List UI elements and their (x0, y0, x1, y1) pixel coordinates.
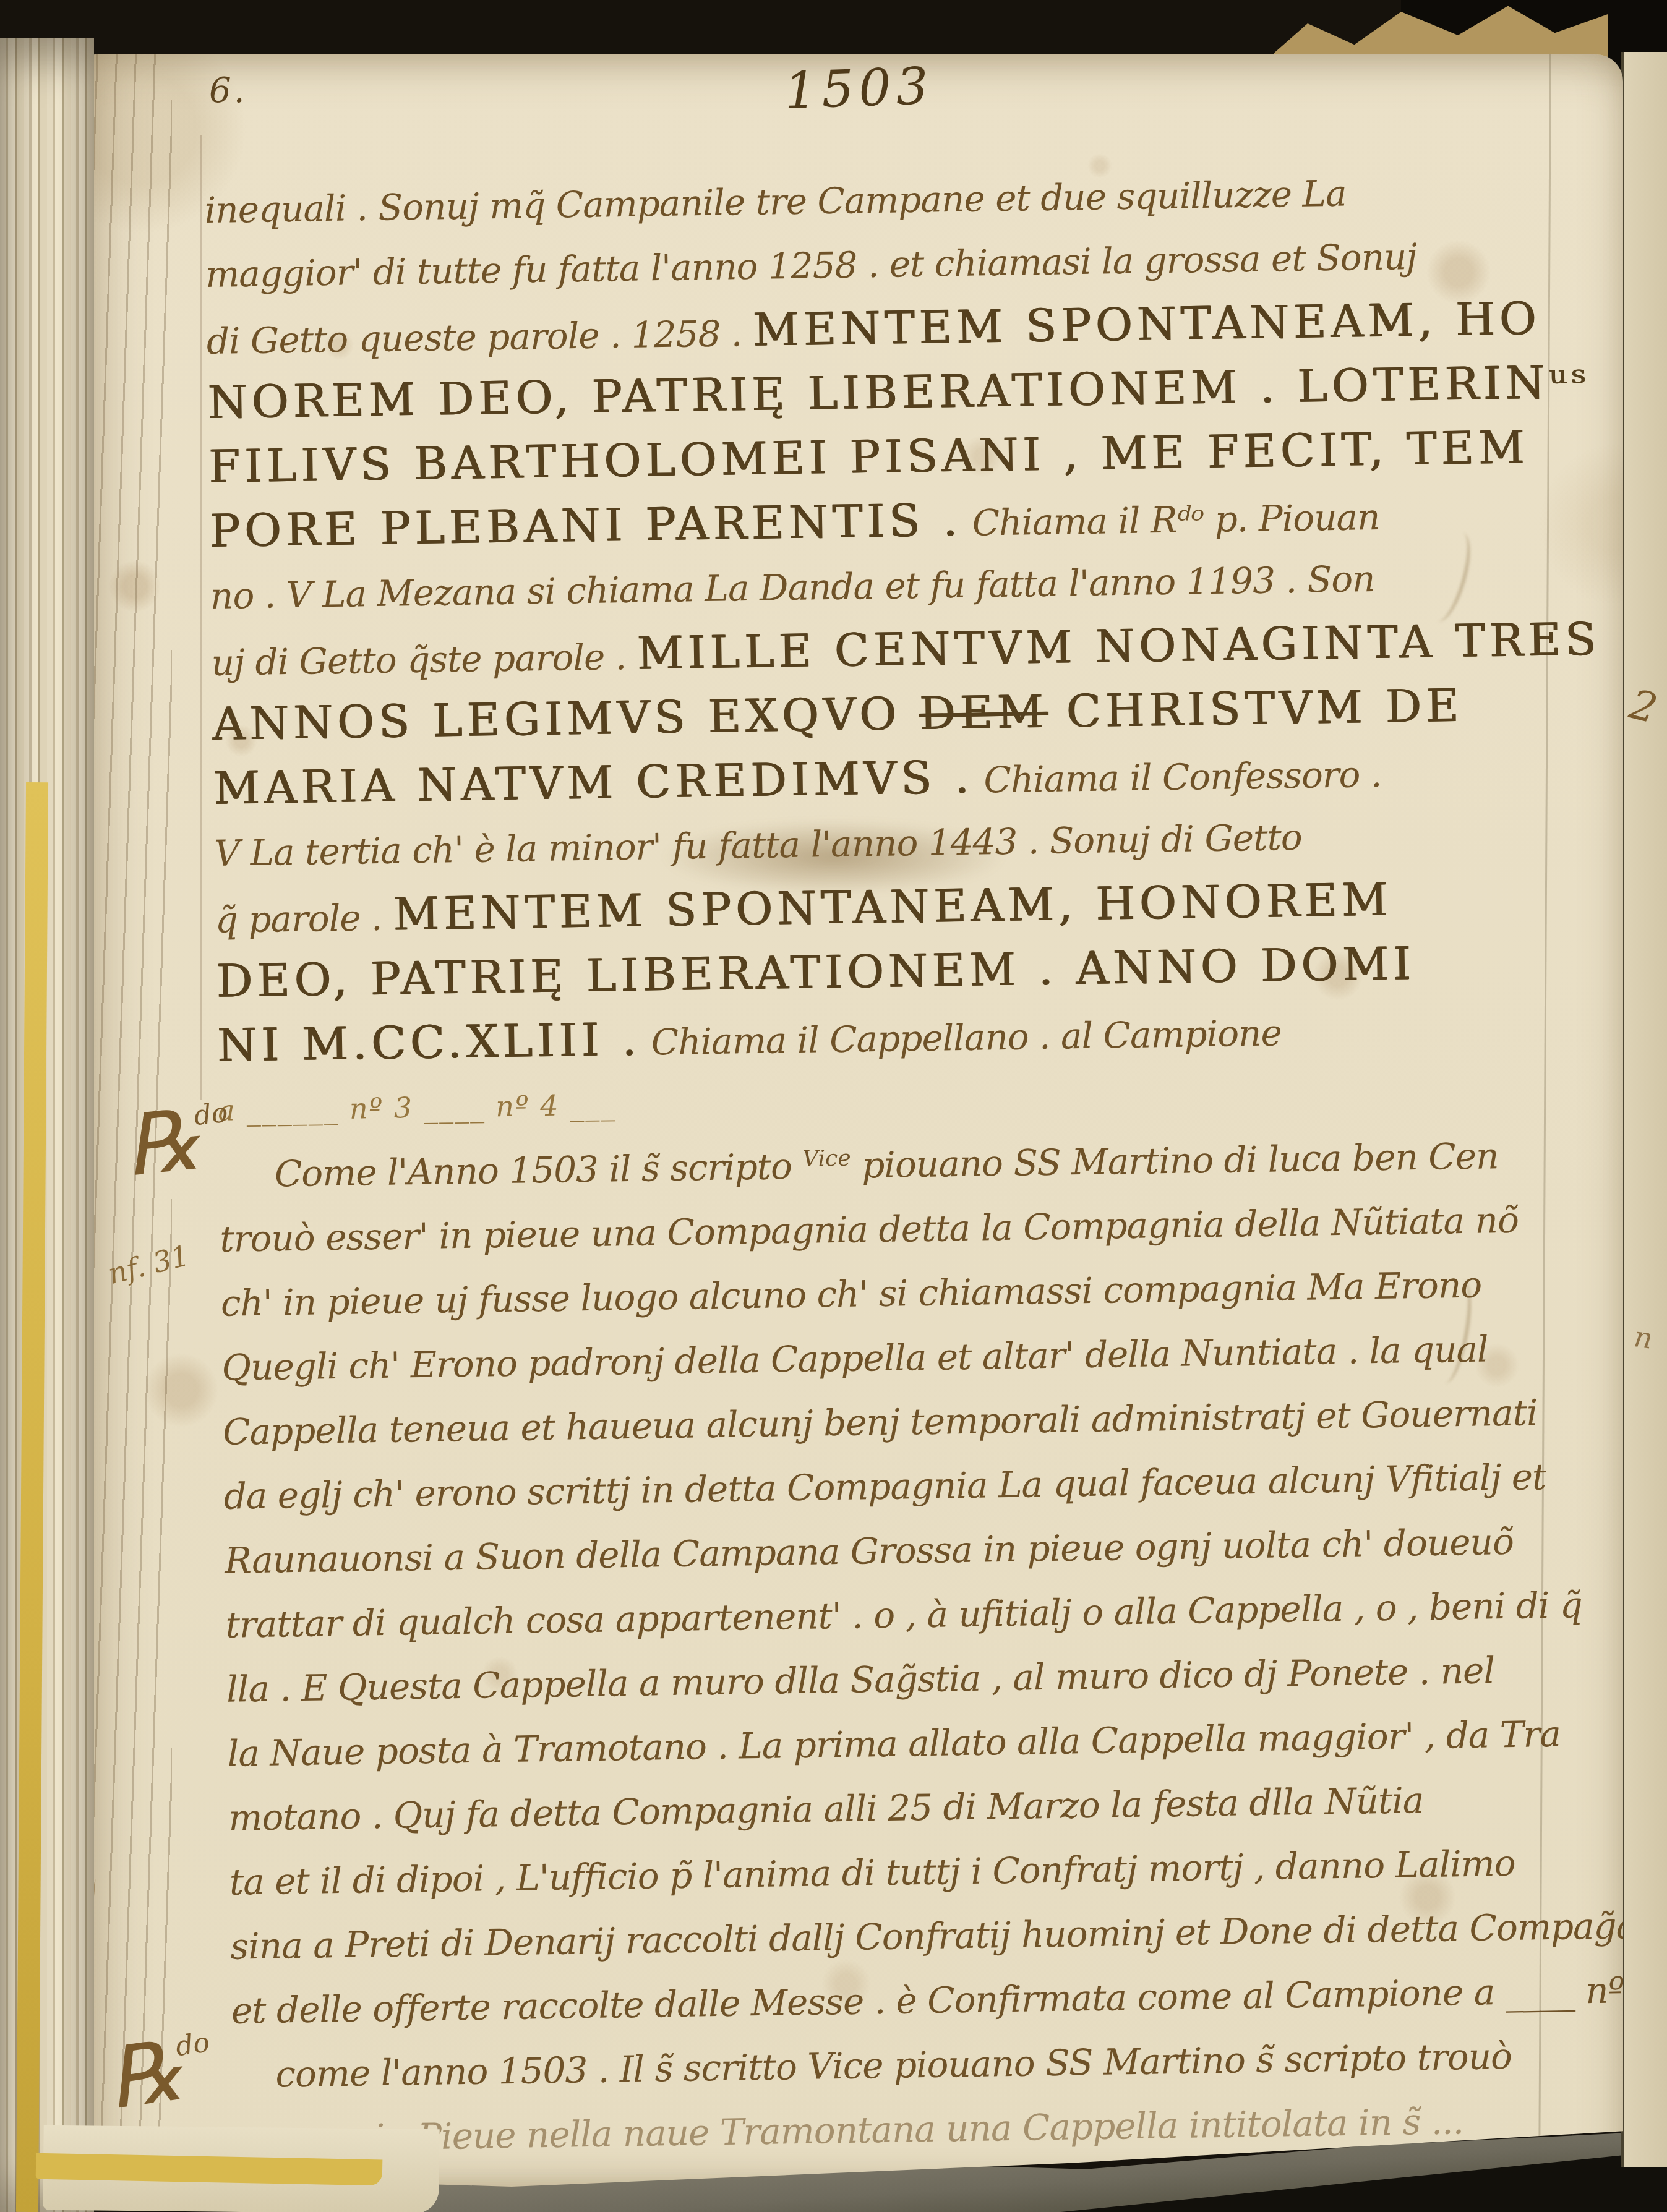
text-segment: Quegli ch' Erono padronj della Cappella … (221, 1328, 1488, 1388)
text-segment: q̃ parole . (215, 897, 393, 941)
text-segment: MARIA NATVM CREDIMVS . (213, 751, 974, 815)
margin-ruling-line (200, 135, 202, 1100)
text-segment: come l'anno 1503 . Il s̃ scritto Vice pi… (275, 2035, 1512, 2096)
text-segment: Chiama il Confessoro . (973, 753, 1382, 801)
text-segment: NI M.CC.XLIII . (216, 1014, 641, 1072)
text-segment: Come l'Anno 1503 il s̃ scripto (274, 1145, 803, 1195)
text-segment: uj di Getto q̃ste parole . (211, 636, 637, 684)
text-segment: sina a Preti di Denarij raccolti dallj C… (230, 1905, 1637, 1968)
text-segment: Cappella teneua et haueua alcunj benj te… (223, 1391, 1538, 1453)
manuscript-text-block: inequali . Sonuj mq̃ Campanile tre Campa… (204, 158, 1588, 2172)
text-segment: da eglj ch' erono scrittj in detta Compa… (223, 1456, 1546, 1518)
next-page-ink-mark-top: 2 (1625, 680, 1661, 733)
manuscript-page: 6. 1503 ℞do nf. 31 ℞do inequali . Sonuj … (79, 54, 1623, 2187)
year-heading: 1503 (783, 57, 934, 121)
text-segment: ta et il di dipoi , L'ufficio p̃ l'anima… (229, 1842, 1515, 1903)
text-segment: Chiama il Cappellano . al Campione (640, 1012, 1282, 1063)
manuscript-scan: 2 n 6. 1503 ℞do nf. 31 ℞do inequali . So… (0, 0, 1667, 2212)
text-segment: inequali . Sonuj mq̃ Campanile tre Campa… (204, 173, 1347, 231)
text-segment: et delle offerte raccolte dalle Messe . … (231, 1968, 1657, 2031)
ricordo-superscript: do (192, 1097, 229, 1132)
margin-note-ricordo-2: ℞do (102, 2023, 222, 2122)
text-segment: motano . Quj fa detta Compagnia alli 25 … (228, 1779, 1424, 1839)
text-segment: MENTEM SPONTANEAM, HO (752, 293, 1541, 357)
text-segment: la Naue posta à Tramotano . La prima all… (227, 1713, 1561, 1775)
margin-note-ricordo: ℞do (121, 1094, 238, 1189)
text-segment: Vice (802, 1146, 851, 1172)
text-segment: maggior' di tutte fu fatta l'anno 1258 .… (205, 236, 1417, 296)
text-segment: no . V La Mezana si chiama La Danda et f… (210, 558, 1375, 617)
text-segment: a ______ nº 3 ____ nº 4 ___ (218, 1088, 617, 1127)
text-segment: di Getto queste parole . 1258 . (206, 312, 753, 362)
text-segment: PORE PLEBANI PARENTIS . (209, 494, 962, 558)
text-segment: DEO, PATRIĘ LIBERATIONEM . ANNO DOMI (216, 937, 1415, 1008)
text-segment: DEM (919, 686, 1048, 740)
text-segment: trattar di qualch cosa appartenent' . o … (225, 1584, 1582, 1646)
text-segment: ch' in pieue uj fusse luogo alcuno ch' s… (220, 1264, 1481, 1325)
text-segment: lla . E Questa Cappella a muro dlla Sag̃… (226, 1649, 1495, 1710)
text-segment: Raunauonsi a Suon della Campana Grossa i… (225, 1521, 1514, 1582)
text-segment: MILLE CENTVM NONAGINTA TRES (636, 613, 1600, 680)
page-stack-edges (0, 38, 94, 2212)
text-segment: Chiama il Rᵈᵒ p. Piouan (961, 496, 1380, 544)
next-page-edge: 2 n (1621, 52, 1667, 2167)
text-segment: piouano SS Martino di luca ben Cen (851, 1135, 1499, 1187)
ricordo-superscript: do (174, 2026, 212, 2062)
text-segment: trouò esser' in pieue una Compagnia dett… (220, 1199, 1519, 1260)
next-page-ink-mark-bottom: n (1632, 1320, 1655, 1356)
folio-number: 6. (209, 70, 247, 111)
text-segment: CHRISTVM DE (1047, 680, 1463, 738)
ink-smudge (661, 820, 1007, 894)
text-segment: ANNOS LEGIMVS EXQVO (212, 688, 919, 751)
